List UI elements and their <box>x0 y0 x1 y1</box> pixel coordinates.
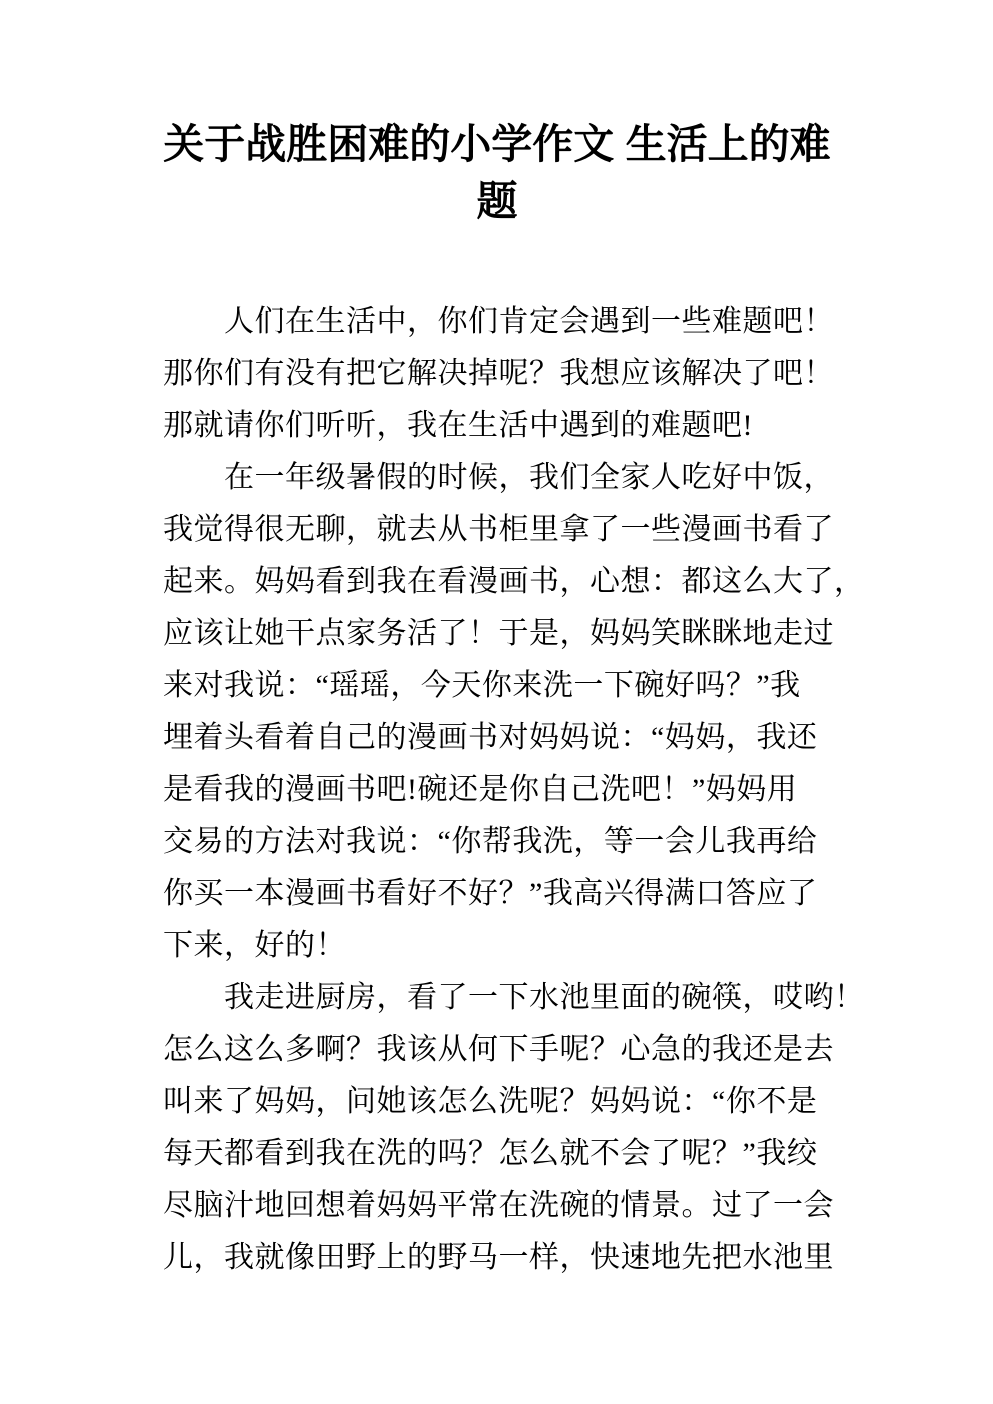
paragraph: 我走进厨房，看了一下水池里面的碗筷，哎哟！怎么这么多啊？我该从何下手呢？心急的我… <box>163 972 831 1284</box>
paragraph: 在一年级暑假的时候，我们全家人吃好中饭，我觉得很无聊，就去从书柜里拿了一些漫画书… <box>163 452 831 972</box>
text-line: 怎么这么多啊？我该从何下手呢？心急的我还是去 <box>163 1024 831 1076</box>
text-line: 我走进厨房，看了一下水池里面的碗筷，哎哟！ <box>163 972 831 1024</box>
text-line: 人们在生活中，你们肯定会遇到一些难题吧！ <box>163 296 831 348</box>
text-line: 尽脑汁地回想着妈妈平常在洗碗的情景。过了一会 <box>163 1180 831 1232</box>
text-line: 起来。妈妈看到我在看漫画书，心想：都这么大了， <box>163 556 831 608</box>
title-line: 关于战胜困难的小学作文 生活上的难 <box>163 116 831 173</box>
text-line: 应该让她干点家务活了！于是，妈妈笑眯眯地走过 <box>163 608 831 660</box>
text-line: 埋着头看着自己的漫画书对妈妈说：“妈妈，我还 <box>163 712 831 764</box>
document-title: 关于战胜困难的小学作文 生活上的难题 <box>163 116 831 230</box>
text-line: 下来，好的！ <box>163 920 831 972</box>
text-line: 交易的方法对我说：“你帮我洗，等一会儿我再给 <box>163 816 831 868</box>
text-line: 你买一本漫画书看好不好？”我高兴得满口答应了 <box>163 868 831 920</box>
text-line: 每天都看到我在洗的吗？怎么就不会了呢？”我绞 <box>163 1128 831 1180</box>
text-line: 那就请你们听听，我在生活中遇到的难题吧! <box>163 400 831 452</box>
text-line: 我觉得很无聊，就去从书柜里拿了一些漫画书看了 <box>163 504 831 556</box>
text-line: 是看我的漫画书吧!碗还是你自己洗吧！”妈妈用 <box>163 764 831 816</box>
document-page: 关于战胜困难的小学作文 生活上的难题 人们在生活中，你们肯定会遇到一些难题吧！那… <box>0 0 993 1404</box>
text-line: 来对我说：“瑶瑶，今天你来洗一下碗好吗？”我 <box>163 660 831 712</box>
text-line: 在一年级暑假的时候，我们全家人吃好中饭， <box>163 452 831 504</box>
text-line: 叫来了妈妈，问她该怎么洗呢？妈妈说：“你不是 <box>163 1076 831 1128</box>
text-line: 那你们有没有把它解决掉呢？我想应该解决了吧！ <box>163 348 831 400</box>
paragraph: 人们在生活中，你们肯定会遇到一些难题吧！那你们有没有把它解决掉呢？我想应该解决了… <box>163 296 831 452</box>
text-line: 儿，我就像田野上的野马一样，快速地先把水池里 <box>163 1232 831 1284</box>
title-line: 题 <box>163 173 831 230</box>
document-body: 人们在生活中，你们肯定会遇到一些难题吧！那你们有没有把它解决掉呢？我想应该解决了… <box>163 296 831 1284</box>
